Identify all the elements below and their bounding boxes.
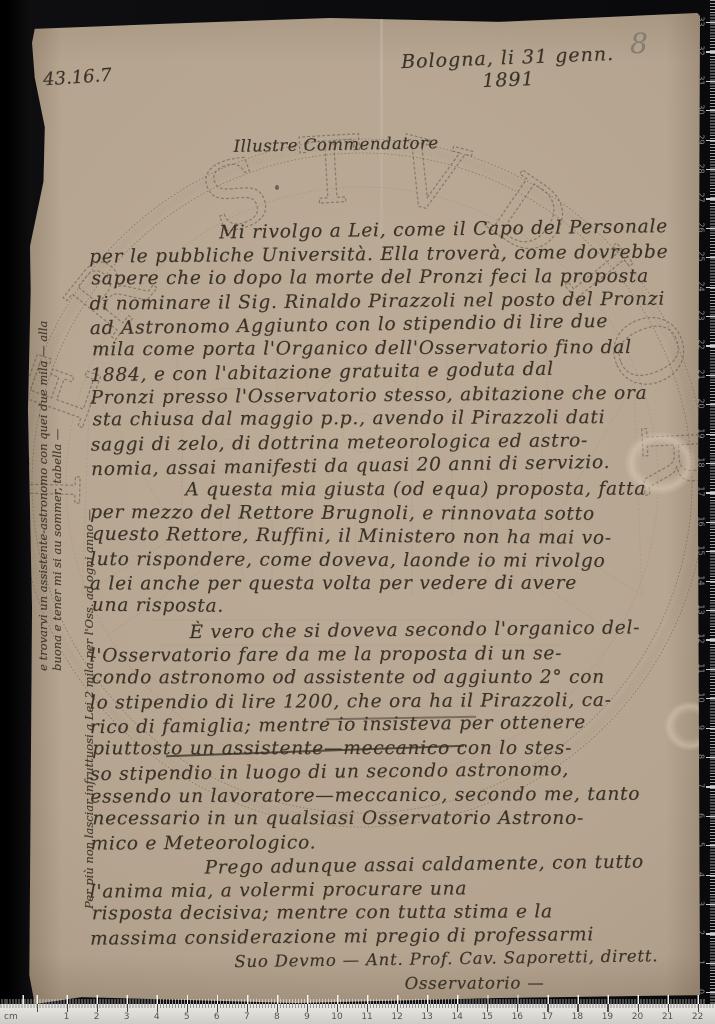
ruler-number: 24: [697, 280, 706, 292]
ruler-number: 21: [697, 368, 706, 380]
ruler-number: 6: [214, 1012, 220, 1022]
handwriting-line: a lei anche per questa volta per vedere …: [90, 571, 684, 596]
handwriting-line: questo Rettore, Ruffini, il Ministero no…: [92, 522, 686, 550]
ruler-number: 18: [572, 1012, 583, 1022]
ruler-number: 22: [692, 1012, 703, 1022]
ruler-tick: [397, 1004, 398, 1012]
ruler-tick: [517, 1004, 518, 1012]
ruler-tick: [706, 757, 715, 758]
ruler-number: 20: [632, 1012, 643, 1022]
ruler-number: 10: [331, 1012, 342, 1022]
paragraph: A questa mia giusta (od equa) proposta, …: [90, 476, 684, 619]
bottom-ruler: cm 12345678910111213141516171819202122: [0, 992, 715, 1024]
ruler-number: 8: [697, 751, 706, 763]
paper-sheet: MATER STVDIORVM: [28, 13, 700, 1005]
ruler-number: 2: [94, 1012, 100, 1022]
ruler-number: 17: [697, 486, 706, 498]
ruler-tick: [367, 1004, 368, 1012]
ruler-tick: [706, 140, 715, 141]
ruler-tick: [607, 1004, 608, 1012]
ruler-number: 5: [184, 1012, 190, 1022]
ruler-tick: [277, 1004, 278, 1012]
ruler-number: 0: [697, 986, 706, 998]
ruler-number: 13: [697, 604, 706, 616]
ruler-tick: [706, 316, 715, 317]
ruler-number: 29: [697, 133, 706, 145]
margin-note: e trovarvi un assistente-astronomo con q…: [36, 283, 64, 671]
ruler-tick: [487, 1004, 488, 1012]
ruler-tick: [706, 287, 715, 288]
handwriting-line: sapere che io dopo la morte del Pronzi f…: [91, 265, 685, 291]
paragraph: Prego adunque assai caldamente, con tutt…: [89, 851, 684, 997]
ruler-tick: [157, 1004, 158, 1012]
ruler-tick: [706, 51, 715, 52]
ruler-tick: [706, 404, 715, 405]
ruler-tick: [706, 492, 715, 493]
ruler-tick: [427, 1004, 428, 1012]
ruler-tick: [247, 1004, 248, 1012]
ruler-number: 14: [451, 1012, 462, 1022]
ruler-tick: [706, 551, 715, 552]
ruler-number: 7: [697, 780, 706, 792]
ruler-tick: [706, 169, 715, 170]
handwriting-line: risposta decisiva; mentre con tutta stim…: [92, 899, 686, 925]
ruler-number: 3: [697, 898, 706, 910]
ruler-tick: [706, 698, 715, 699]
ruler-tick: [706, 434, 715, 435]
ruler-number: 11: [697, 662, 706, 674]
ruler-tick: [706, 610, 715, 611]
ruler-tick: [337, 1004, 338, 1012]
ruler-tick: [706, 81, 715, 82]
ruler-tick: [668, 1004, 669, 1012]
ruler-tick: [706, 345, 715, 346]
ruler-number: 33: [697, 16, 706, 28]
ruler-number: 6: [697, 809, 706, 821]
letter-body: Mi rivolgo a Lei, come il Capo del Perso…: [90, 219, 684, 995]
ruler-tick: [706, 110, 715, 111]
ruler-tick: [706, 904, 715, 905]
ruler-tick: [547, 1004, 548, 1012]
ruler-tick: [706, 816, 715, 817]
ruler-number: 18: [697, 457, 706, 469]
ruler-number: 15: [482, 1012, 493, 1022]
ruler-tick: [706, 963, 715, 964]
handwriting-line: A questa mia giusta (od equa) proposta, …: [90, 477, 684, 502]
ruler-tick: [706, 198, 715, 199]
ruler-number: 3: [124, 1012, 130, 1022]
ruler-tick: [706, 463, 715, 464]
ruler-number: 17: [542, 1012, 553, 1022]
ruler-tick: [706, 669, 715, 670]
ruler-tick: [706, 992, 715, 993]
margin-note: Per più non lasciar infruttuosi a Lei 2 …: [82, 294, 96, 909]
ruler-number: 25: [697, 251, 706, 263]
ruler-tick: [217, 1004, 218, 1012]
ruler-tick: [706, 728, 715, 729]
paragraph: Mi rivolgo a Lei, come il Capo del Perso…: [89, 216, 685, 480]
salutation: Illustre Commendatore: [226, 133, 446, 156]
ruler-number: 9: [697, 721, 706, 733]
ruler-tick: [187, 1004, 188, 1012]
ruler-number: 1: [697, 956, 706, 968]
ink-speck: [275, 185, 279, 190]
ruler-tick: [706, 257, 715, 258]
ruler-number: 20: [697, 398, 706, 410]
ruler-number: 22: [697, 339, 706, 351]
ruler-number: 14: [697, 574, 706, 586]
ruler-tick: [127, 1004, 128, 1012]
ruler-number: 16: [697, 515, 706, 527]
ruler-number: 9: [304, 1012, 310, 1022]
ruler-number: 13: [421, 1012, 432, 1022]
ruler-tick: [67, 1004, 68, 1012]
handwriting-line: per mezzo del Rettore Brugnoli, e rinnov…: [90, 500, 684, 526]
ruler-number: 32: [697, 45, 706, 57]
ruler-tick: [706, 522, 715, 523]
ruler-number: 16: [512, 1012, 523, 1022]
ruler-number: 26: [697, 221, 706, 233]
dateline: Bologna, li 31 genn. 1891: [379, 42, 637, 96]
ruler-tick: [706, 845, 715, 846]
ruler-number: 15: [697, 545, 706, 557]
ruler-number: 19: [602, 1012, 613, 1022]
ruler-number: 27: [697, 192, 706, 204]
handwriting-line: luto rispondere, come doveva, laonde io …: [90, 547, 684, 573]
ruler-number: 23: [697, 310, 706, 322]
ruler-number: 28: [697, 163, 706, 175]
ruler-tick: [698, 1004, 699, 1012]
ruler-tick: [97, 1004, 98, 1012]
ruler-tick: [307, 1004, 308, 1012]
handwriting-line: condo astronomo od assistente od aggiunt…: [92, 665, 686, 689]
ruler-number: 4: [154, 1012, 160, 1022]
ruler-tick: [706, 375, 715, 376]
handwriting-line: necessario in un qualsiasi Osservatorio …: [92, 806, 686, 830]
ruler-tick: [706, 933, 715, 934]
ruler-number: 12: [391, 1012, 402, 1022]
ruler-tick: [706, 581, 715, 582]
ruler-number: 8: [274, 1012, 280, 1022]
ruler-number: 31: [697, 74, 706, 86]
ruler-band: cm 12345678910111213141516171819202122: [0, 1004, 715, 1024]
handwriting-line: sta chiusa dal maggio p.p., avendo il Pi…: [93, 406, 687, 432]
ruler-mm-ticks: [0, 995, 705, 1004]
ruler-unit-label: cm: [4, 1012, 18, 1022]
ruler-number: 10: [697, 692, 706, 704]
ruler-number: 7: [244, 1012, 250, 1022]
ruler-number: 12: [697, 633, 706, 645]
scan-background: MATER STVDIORVM: [0, 0, 715, 1024]
ruler-tick: [706, 22, 715, 23]
ruler-number: 19: [697, 427, 706, 439]
ruler-number: 2: [697, 927, 706, 939]
ruler-number: 21: [662, 1012, 673, 1022]
catalog-number: 43.16.7: [42, 65, 112, 91]
ruler-tick: [457, 1004, 458, 1012]
ruler-number: 11: [361, 1012, 372, 1022]
ruler-mm-ticks: [710, 0, 715, 1004]
ruler-tick: [37, 1004, 38, 1012]
right-ruler: 3332313029282726252423222120191817161514…: [698, 0, 715, 1004]
paragraph: È vero che si doveva secondo l'organico …: [89, 617, 684, 855]
ruler-tick: [638, 1004, 639, 1012]
ruler-tick: [706, 786, 715, 787]
ruler-tick: [706, 228, 715, 229]
ruler-number: 5: [697, 839, 706, 851]
ruler-number: 1: [64, 1012, 70, 1022]
ruler-tick: [706, 639, 715, 640]
ruler-tick: [577, 1004, 578, 1012]
ruler-tick: [706, 875, 715, 876]
ruler-number: 30: [697, 104, 706, 116]
ruler-number: 4: [697, 868, 706, 880]
